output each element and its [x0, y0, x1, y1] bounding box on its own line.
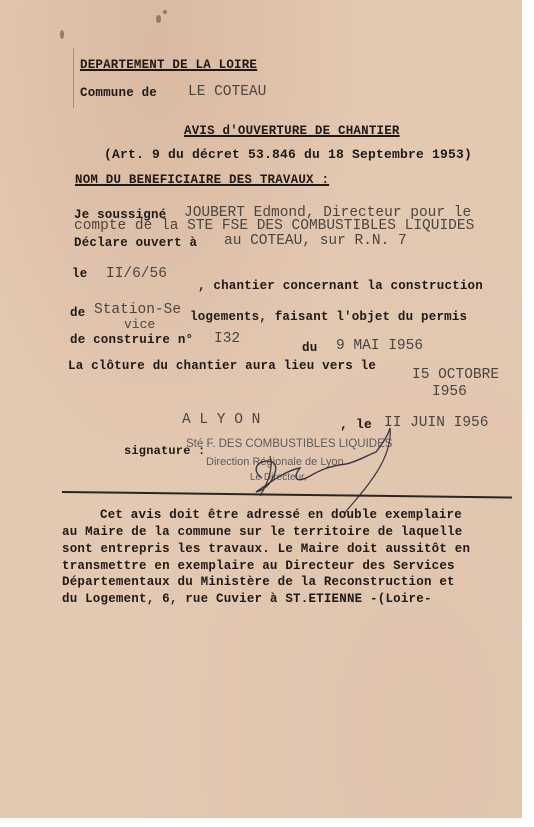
handwritten-signature: [0, 0, 534, 827]
notice-line: du Logement, 6, rue Cuvier à ST.ETIENNE …: [62, 592, 432, 606]
notice-line: transmettre en exemplaire au Directeur d…: [62, 559, 455, 573]
notice-line: au Maire de la commune sur le territoire…: [62, 525, 462, 539]
notice-line: Départementaux du Ministère de la Recons…: [62, 575, 455, 589]
notice-line: sont entrepris les travaux. Le Maire doi…: [62, 542, 470, 556]
document-page: DEPARTEMENT DE LA LOIRE Commune de LE CO…: [0, 0, 522, 818]
notice-line: Cet avis doit être adressé en double exe…: [100, 508, 462, 522]
